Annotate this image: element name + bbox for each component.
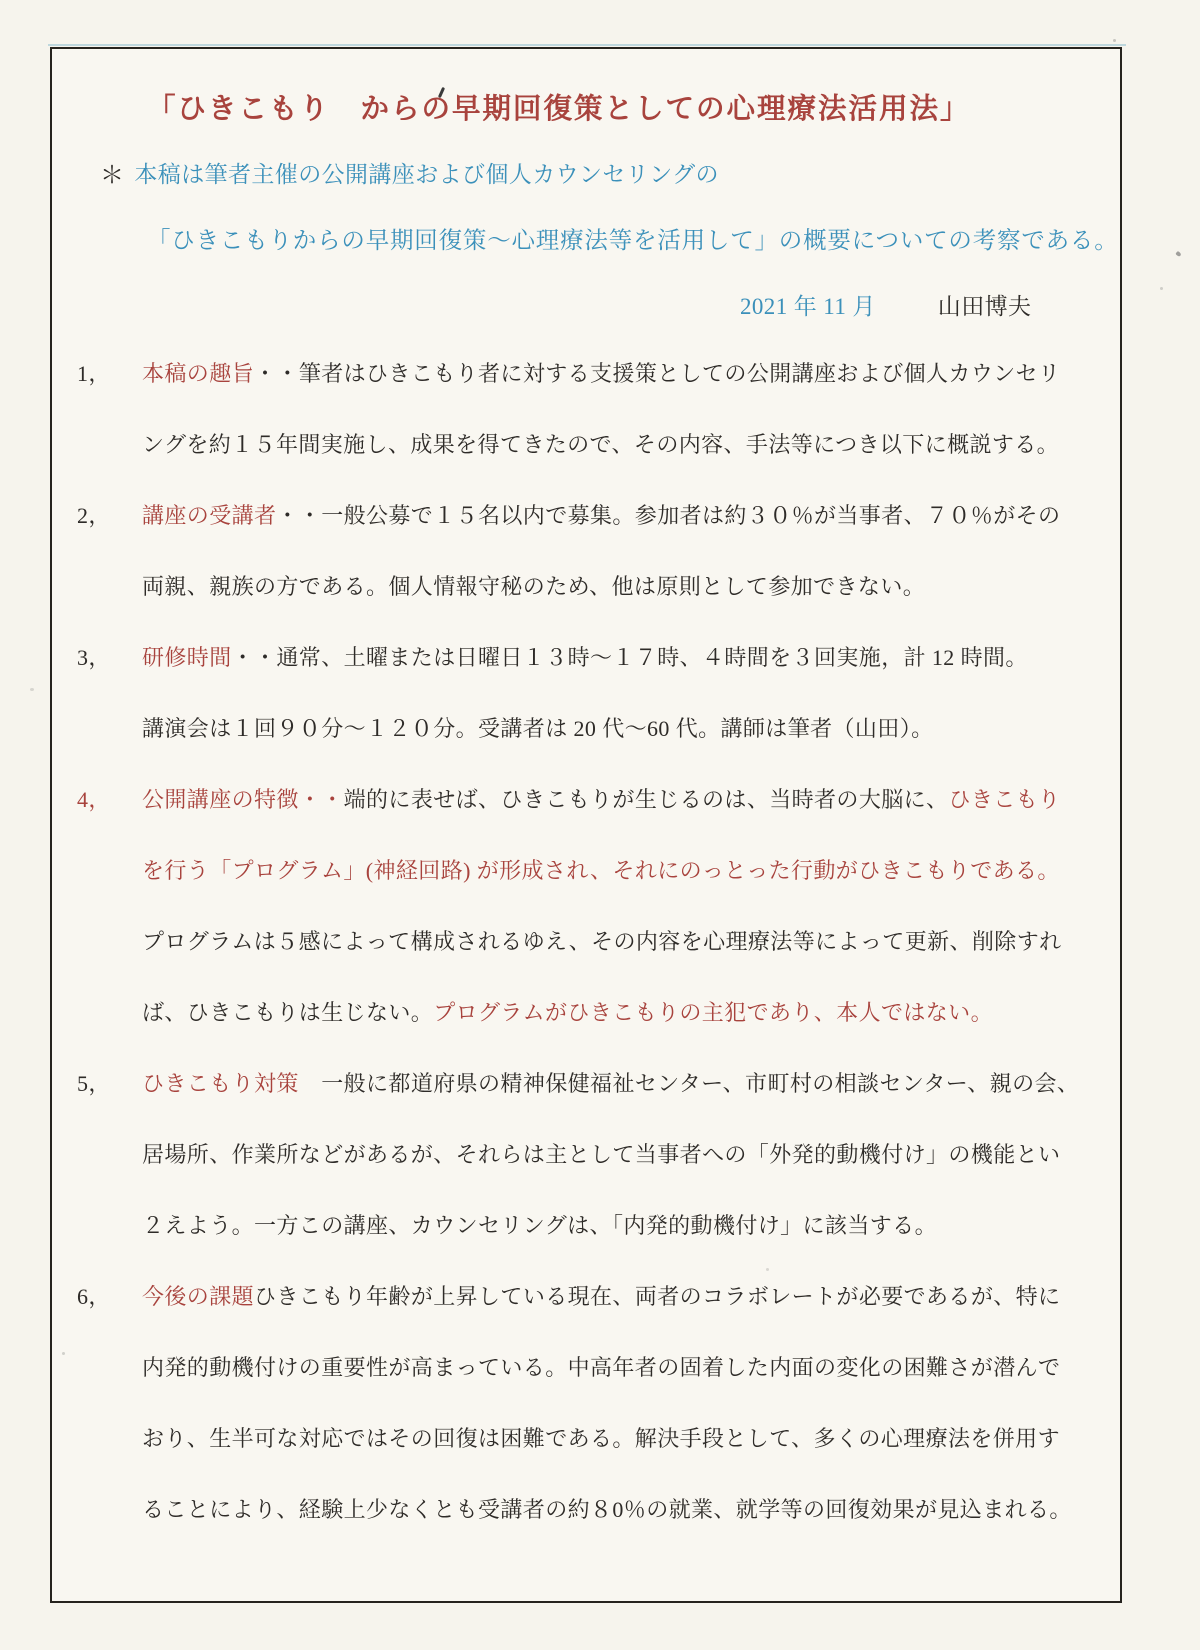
intro-line-2: 「ひきこもりからの早期回復策～心理療法等を活用して」の概要についての考察である。 (52, 205, 1120, 271)
date-text: 2021 年 11 月 (740, 288, 876, 321)
text-segment: ることにより、経験上少なくとも受講者の約８0％の就業、就学等の回復効果が見込まれ… (142, 1493, 1072, 1524)
text-segment: ２えよう。一方この講座、カウンセリングは、「内発的動機付け」に該当する。 (142, 1209, 937, 1240)
text-segment: 両親、親族の方である。個人情報守秘のため、他は原則として参加できない。 (142, 570, 925, 601)
continuation-line: ば、ひきこもりは生じない。プログラムがひきこもりの主犯であり、本人ではない。 (52, 976, 1120, 1047)
text-segment: 内発的動機付けの重要性が高まっている。中高年者の固着した内面の変化の困難さが潜ん… (142, 1351, 1060, 1382)
text-segment: を行う「プログラム」(神経回路) が形成され、それにのっとった行動がひきこもりで… (142, 854, 1060, 885)
scan-speck (30, 688, 34, 691)
continuation-line: ２えよう。一方この講座、カウンセリングは、「内発的動機付け」に該当する。 (52, 1189, 1120, 1260)
scan-speck (62, 1352, 65, 1355)
section-line: 6，今後の課題ひきこもり年齢が上昇している現在、両者のコラボレートが必要であるが… (52, 1260, 1120, 1331)
asterisk-mark: ＊ (100, 155, 124, 190)
section-line: 4，公開講座の特徴・・端的に表せば、ひきこもりが生じるのは、当時者の大脳に、ひき… (52, 763, 1120, 834)
document-content: 「ひきこもり からの早期回復策としての心理療法活用法」 ＊ 本稿は筆者主催の公開… (52, 49, 1120, 1544)
section-heading: 研修時間 (142, 641, 232, 672)
continuation-line: おり、生半可な対応ではその回復は困難である。解決手段として、多くの心理療法を併用… (52, 1402, 1120, 1473)
section-number: 2， (77, 499, 142, 530)
continuation-line: ングを約１５年間実施し、成果を得てきたので、その内容、手法等につき以下に概説する… (52, 408, 1120, 479)
text-segment: ・・筆者はひきこもり者に対する支援策としての公開講座および個人カウンセリ (254, 357, 1060, 388)
section-number: 4， (77, 783, 142, 814)
section-heading: 本稿の趣旨 (142, 357, 254, 388)
section-line: 3，研修時間・・通常、土曜または日曜日１３時～１７時、４時間を３回実施，計 12… (52, 621, 1120, 692)
section-heading: 講座の受講者 (142, 499, 276, 530)
continuation-line: 居場所、作業所などがあるが、それらは主として当事者への「外発的動機付け」の機能と… (52, 1118, 1120, 1189)
text-segment: ひきこもり年齢が上昇している現在、両者のコラボレートが必要であるが、特に (254, 1280, 1060, 1311)
date-author-line: 2021 年 11 月 山田博夫 (52, 271, 1120, 337)
section-number: 3， (77, 641, 142, 672)
section-line: 1，本稿の趣旨・・筆者はひきこもり者に対する支援策としての公開講座および個人カウ… (52, 337, 1120, 408)
text-segment: ングを約１５年間実施し、成果を得てきたので、その内容、手法等につき以下に概説する… (142, 428, 1059, 459)
intro-text-2: 「ひきこもりからの早期回復策～心理療法等を活用して」の概要についての考察である。 (147, 221, 1119, 255)
intro-line-1: ＊ 本稿は筆者主催の公開講座および個人カウンセリングの (52, 139, 1120, 205)
continuation-line: ることにより、経験上少なくとも受講者の約８0％の就業、就学等の回復効果が見込まれ… (52, 1473, 1120, 1544)
text-segment: ば、ひきこもりは生じない。 (142, 996, 433, 1027)
section-number: 5， (77, 1067, 142, 1098)
continuation-line: を行う「プログラム」(神経回路) が形成され、それにのっとった行動がひきこもりで… (52, 834, 1120, 905)
text-segment: ひきこもり (948, 783, 1060, 814)
page-title: 「ひきこもり からの早期回復策としての心理療法活用法」 (52, 73, 1120, 139)
section-number: 6， (77, 1280, 142, 1311)
continuation-line: プログラムは５感によって構成されるゆえ、その内容を心理療法等によって更新、削除す… (52, 905, 1120, 976)
text-segment: プログラムは５感によって構成されるゆえ、その内容を心理療法等によって更新、削除す… (142, 925, 1062, 956)
continuation-line: 内発的動機付けの重要性が高まっている。中高年者の固着した内面の変化の困難さが潜ん… (52, 1331, 1120, 1402)
continuation-line: 両親、親族の方である。個人情報守秘のため、他は原則として参加できない。 (52, 550, 1120, 621)
text-segment: おり、生半可な対応ではその回復は困難である。解決手段として、多くの心理療法を併用… (142, 1422, 1060, 1453)
intro-text-1: 本稿は筆者主催の公開講座および個人カウンセリングの (134, 156, 719, 189)
text-segment: ・・通常、土曜または日曜日１３時～１７時、４時間を３回実施，計 12 時間。 (232, 641, 1028, 672)
text-segment: 講演会は１回９０分～１２０分。受講者は 20 代～60 代。講師は筆者（山田）。 (142, 712, 934, 743)
document-border-frame: 「ひきこもり からの早期回復策としての心理療法活用法」 ＊ 本稿は筆者主催の公開… (50, 47, 1122, 1603)
section-heading: 今後の課題 (142, 1280, 254, 1311)
scan-speck (766, 1268, 769, 1271)
section-line: 5，ひきこもり対策 一般に都道府県の精神保健福祉センター、市町村の相談センター、… (52, 1047, 1120, 1118)
text-segment: ・・ (299, 783, 344, 814)
scan-speck (1175, 251, 1181, 257)
scan-artifact-line (48, 44, 1126, 46)
text-segment: 端的に表せば、ひきこもりが生じるのは、当時者の大脳に、 (344, 783, 949, 814)
author-name: 山田博夫 (938, 288, 1032, 321)
scan-speck (1113, 39, 1116, 42)
continuation-line: 講演会は１回９０分～１２０分。受講者は 20 代～60 代。講師は筆者（山田）。 (52, 692, 1120, 763)
scan-speck (1160, 287, 1163, 290)
section-number: 1， (77, 357, 142, 388)
text-segment: 居場所、作業所などがあるが、それらは主として当事者への「外発的動機付け」の機能と… (142, 1138, 1060, 1169)
document-body: 1，本稿の趣旨・・筆者はひきこもり者に対する支援策としての公開講座および個人カウ… (52, 337, 1120, 1544)
text-segment: 一般に都道府県の精神保健福祉センター、市町村の相談センター、親の会、 (299, 1067, 1079, 1098)
section-heading: 公開講座の特徴 (142, 783, 299, 814)
page-title-text: 「ひきこもり からの早期回復策としての心理療法活用法」 (147, 86, 971, 127)
section-line: 2，講座の受講者・・一般公募で１５名以内で募集。参加者は約３０％が当事者、７０％… (52, 479, 1120, 550)
section-heading: ひきこもり対策 (142, 1067, 299, 1098)
text-segment: ・・一般公募で１５名以内で募集。参加者は約３０％が当事者、７０％がその (276, 499, 1060, 530)
text-segment: プログラムがひきこもりの主犯であり、本人ではない。 (433, 996, 993, 1027)
